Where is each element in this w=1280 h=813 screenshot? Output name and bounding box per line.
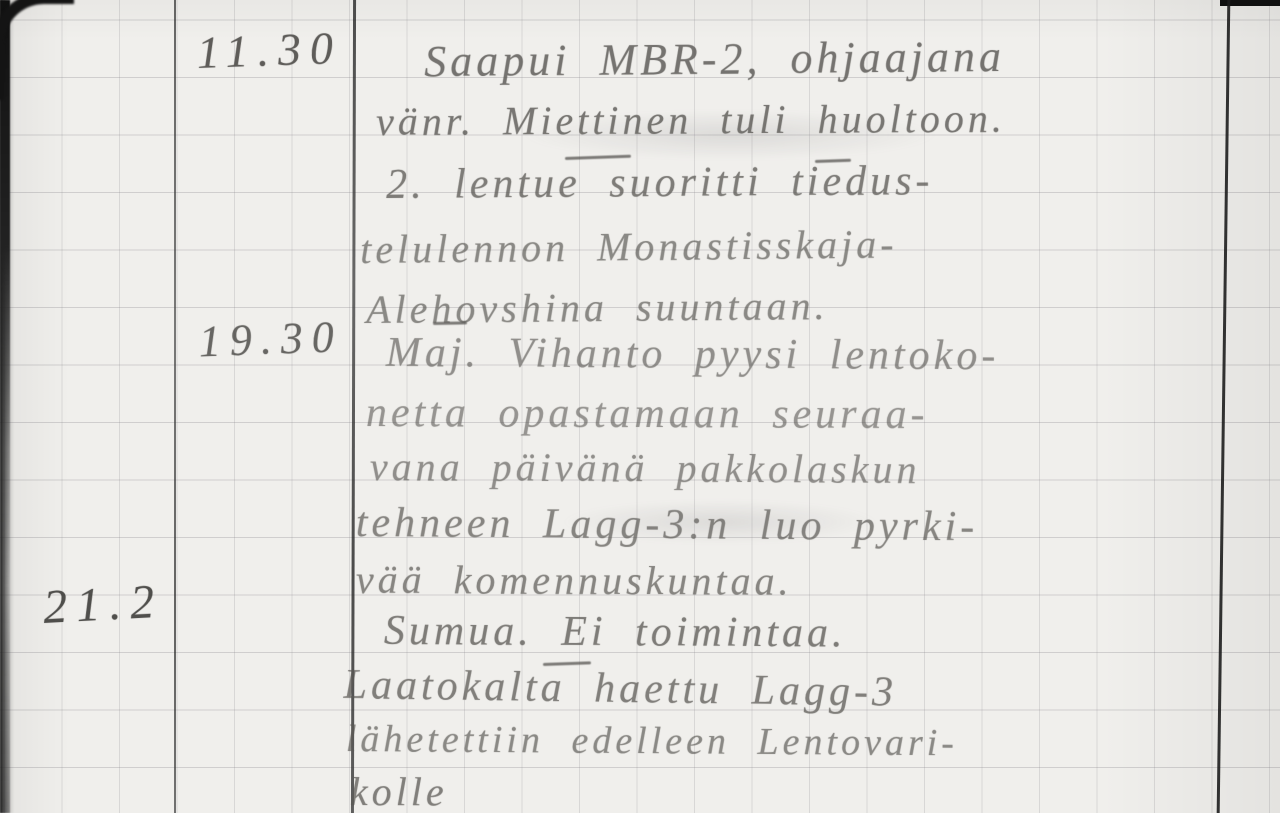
handwritten-line: Maj. Vihanto pyysi lentoko- (386, 332, 1000, 377)
handwritten-line: Saapui MBR-2, ohjaajana (424, 35, 1005, 84)
emphasis-stroke (433, 321, 467, 325)
handwritten-line: Laatokalta haettu Lagg-3 (343, 664, 897, 714)
ruled-line-right-edge (1217, 0, 1231, 813)
time-entry: 19.30 (198, 315, 343, 364)
handwritten-line: vää komennuskuntaa. (356, 560, 793, 602)
handwritten-line: Sumua. Ei toimintaa. (384, 610, 847, 654)
handwritten-line: tehneen Lagg-3:n luo pyrki- (356, 502, 979, 548)
page-binding-shadow (0, 0, 10, 813)
handwritten-line: vana päivänä pakkolaskun (370, 447, 921, 490)
page-corner-curl (0, 0, 74, 100)
time-entry: 11.30 (196, 25, 343, 76)
handwritten-line: lähetettiin edelleen Lentovari- (346, 720, 958, 762)
margin-date: 21.2 (42, 578, 164, 632)
handwritten-line: 2. lentue suoritti tiedus- (386, 160, 934, 206)
handwritten-line: vänr. Miettinen tuli huoltoon. (376, 99, 1006, 142)
handwritten-line: telulennon Monastisskaja- (360, 224, 898, 270)
handwritten-line: kolle (350, 772, 448, 812)
ruled-line-margin-column (174, 0, 176, 813)
diary-page: 11.30 19.30 21.2 Saapui MBR-2, ohjaajana… (0, 0, 1280, 813)
handwritten-line: netta opastamaan seuraa- (366, 392, 929, 436)
